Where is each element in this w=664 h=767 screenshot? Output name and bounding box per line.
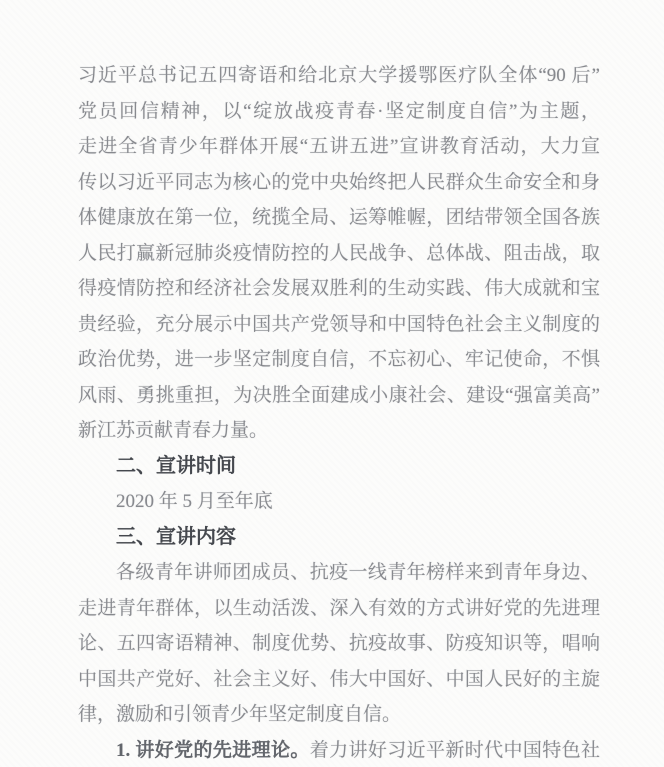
numbered-item-lead: 1. 讲好党的先进理论。 bbox=[116, 740, 310, 761]
text-line: 走进全省青少年群体开展“五讲五进”宣讲教育活动，大力宣 bbox=[78, 129, 600, 165]
text-line: 政治优势，进一步坚定制度自信，不忘初心、牢记使命，不惧 bbox=[78, 342, 600, 378]
text-line: 传以习近平同志为核心的党中央始终把人民群众生命安全和身 bbox=[78, 165, 600, 201]
text-line: 新江苏贡献青春力量。 bbox=[78, 413, 600, 449]
text-line: 得疫情防控和经济社会发展双胜利的生动实践、伟大成就和宝 bbox=[78, 271, 600, 307]
text-line: 论、五四寄语精神、制度优势、抗疫故事、防疫知识等，唱响 bbox=[78, 626, 600, 662]
scanned-document-page: 习近平总书记五四寄语和给北京大学援鄂医疗队全体“90 后”党员回信精神，以“绽放… bbox=[0, 0, 664, 767]
numbered-item-text: 着力讲好习近平新时代中国特色社 bbox=[310, 740, 600, 761]
text-line: 习近平总书记五四寄语和给北京大学援鄂医疗队全体“90 后” bbox=[78, 58, 600, 94]
text-line: 中国共产党好、社会主义好、伟大中国好、中国人民好的主旋 bbox=[78, 662, 600, 698]
text-line: 贵经验，充分展示中国共产党领导和中国特色社会主义制度的 bbox=[78, 307, 600, 343]
numbered-item-line: 1. 讲好党的先进理论。着力讲好习近平新时代中国特色社 bbox=[78, 733, 600, 767]
text-line: 党员回信精神，以“绽放战疫青春·坚定制度自信”为主题， bbox=[78, 94, 600, 130]
text-line: 各级青年讲师团成员、抗疫一线青年榜样来到青年身边、 bbox=[78, 555, 600, 591]
text-line: 风雨、勇挑重担，为决胜全面建成小康社会、建设“强富美高” bbox=[78, 378, 600, 414]
section-heading: 三、宣讲内容 bbox=[78, 520, 600, 556]
text-line: 人民打赢新冠肺炎疫情防控的人民战争、总体战、阻击战，取 bbox=[78, 236, 600, 272]
text-line: 2020 年 5 月至年底 bbox=[78, 484, 600, 520]
document-text-block: 习近平总书记五四寄语和给北京大学援鄂医疗队全体“90 后”党员回信精神，以“绽放… bbox=[78, 58, 600, 767]
text-line: 走进青年群体，以生动活泼、深入有效的方式讲好党的先进理 bbox=[78, 591, 600, 627]
text-line: 体健康放在第一位，统揽全局、运筹帷幄，团结带领全国各族 bbox=[78, 200, 600, 236]
text-line: 律，激励和引领青少年坚定制度自信。 bbox=[78, 697, 600, 733]
section-heading: 二、宣讲时间 bbox=[78, 449, 600, 485]
